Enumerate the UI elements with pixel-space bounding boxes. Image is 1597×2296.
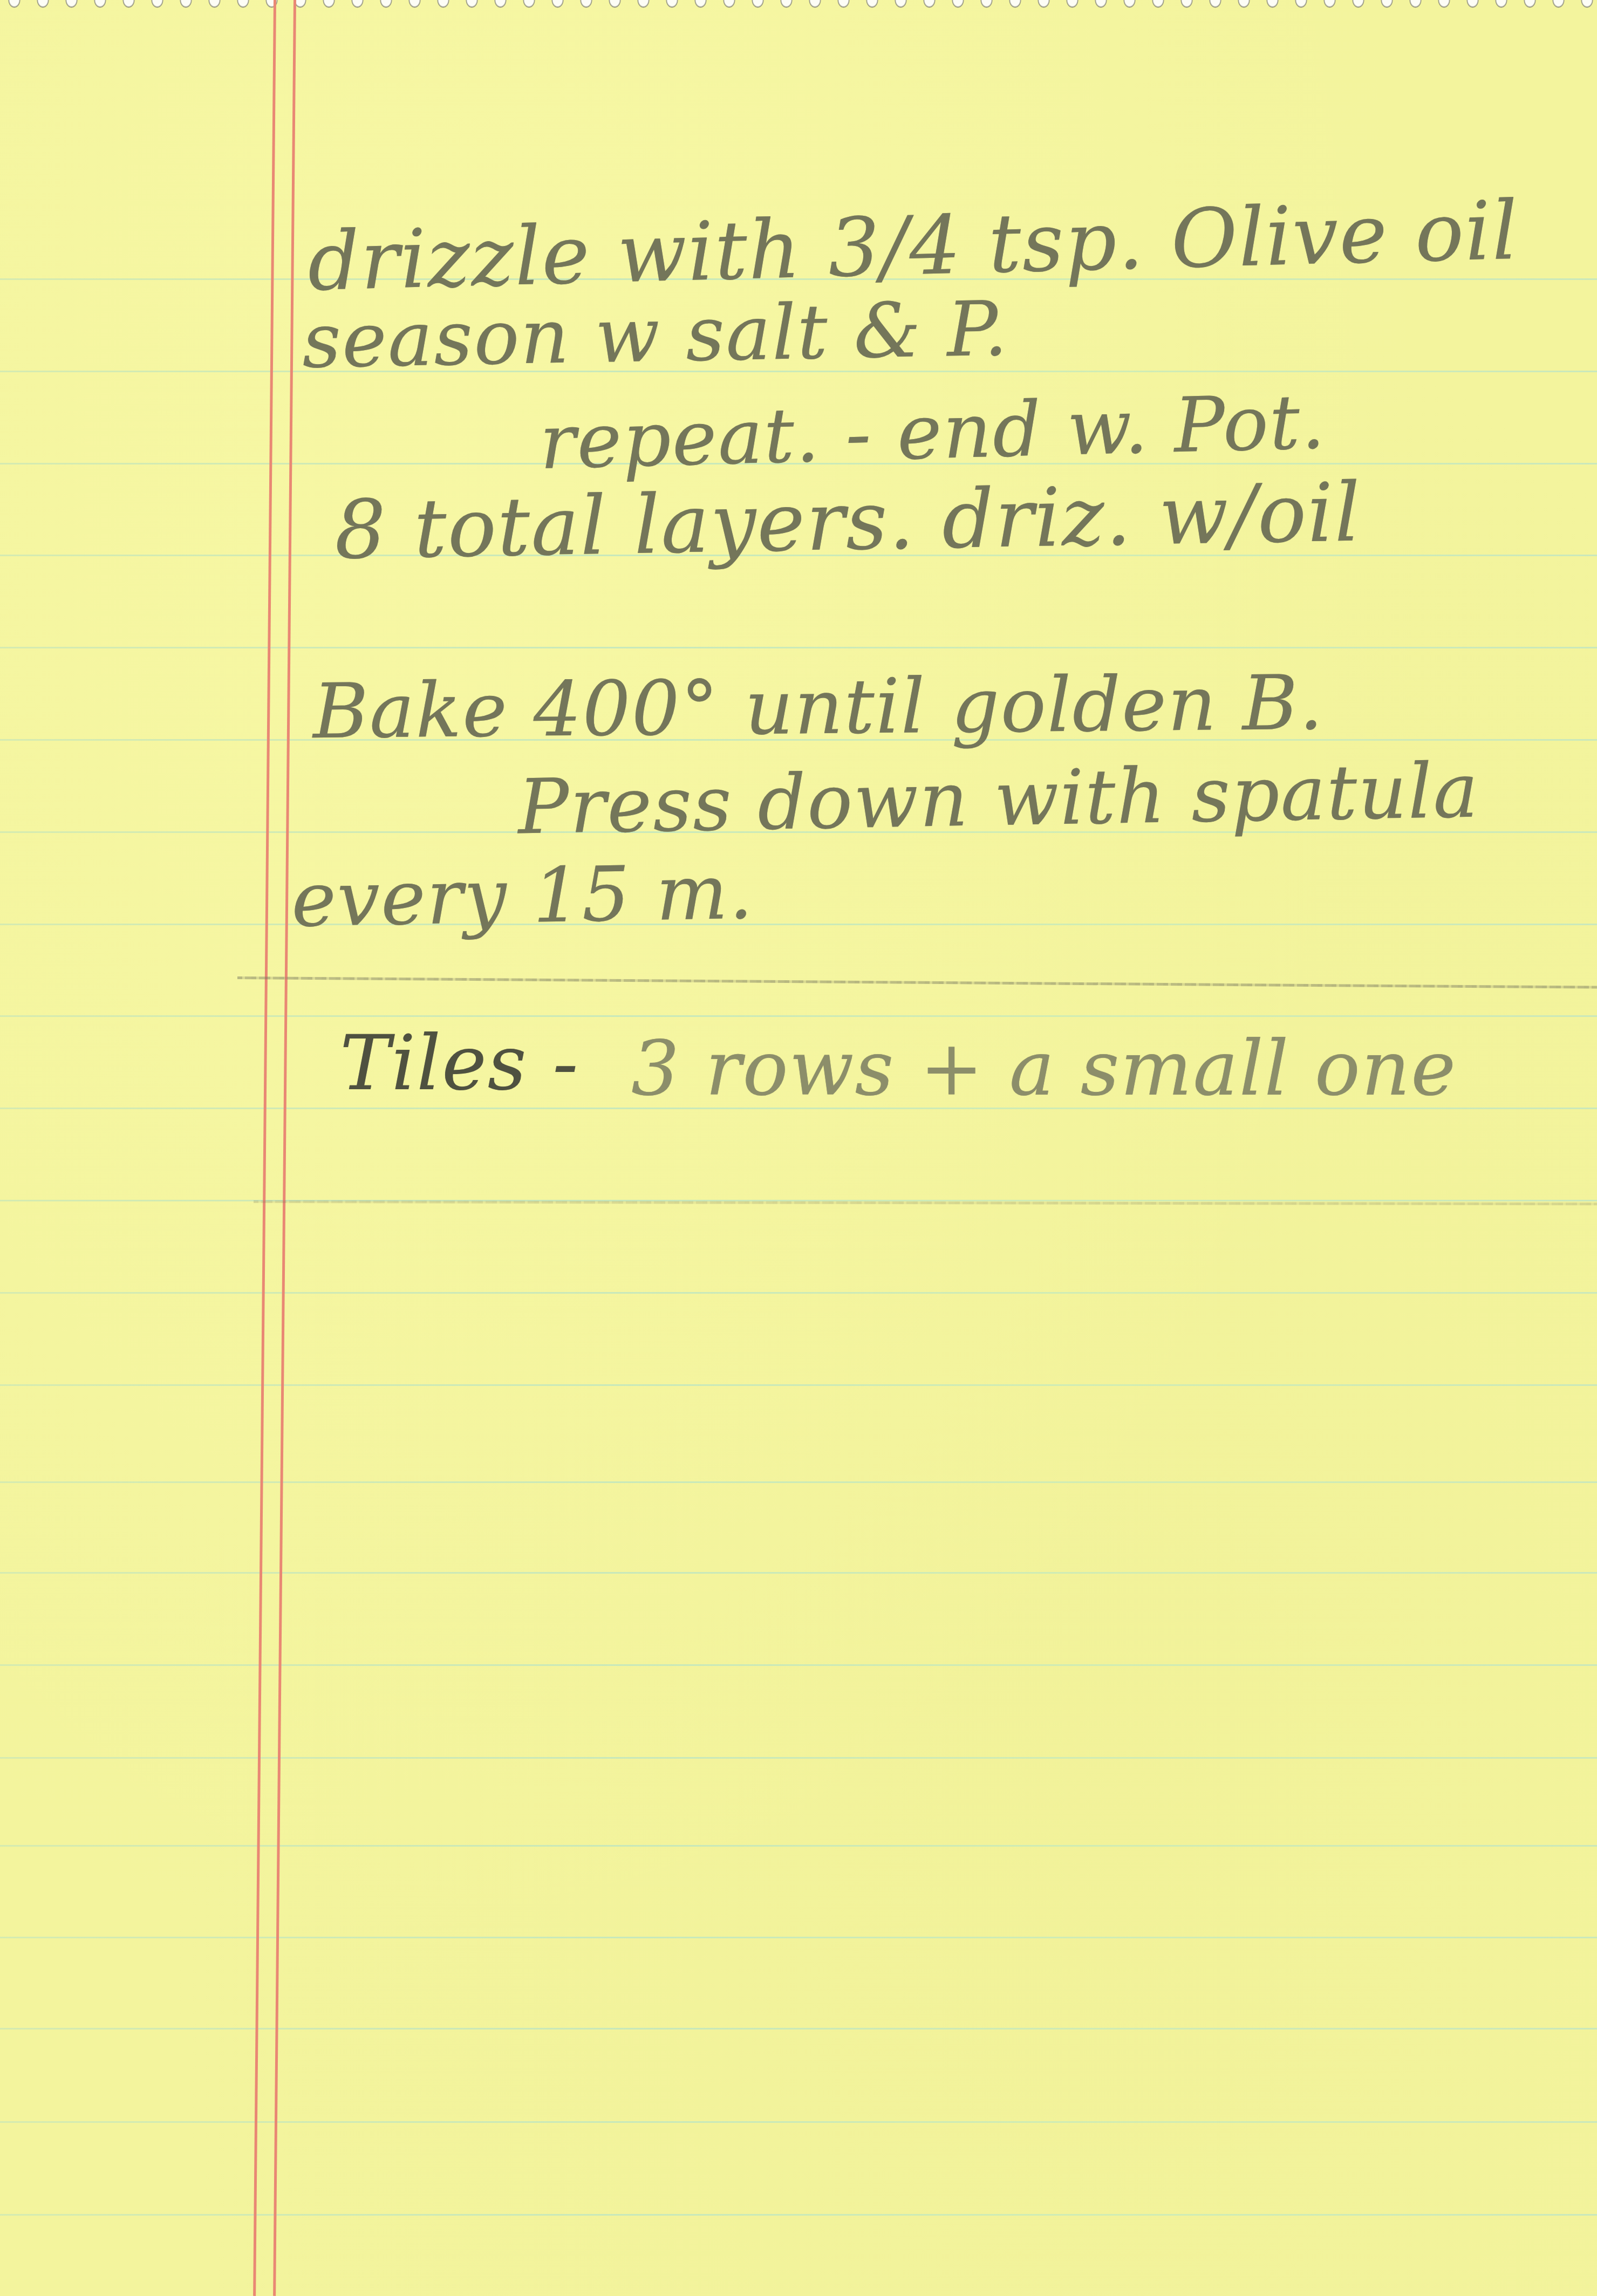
rule-line: [0, 2214, 1597, 2216]
note-line-6: Press down with spatula: [517, 747, 1480, 851]
rule-line: [0, 924, 1597, 925]
note-line-4: 8 total layers. driz. w/oil: [334, 466, 1362, 577]
tiles-note: 3 rows + a small one: [631, 1025, 1457, 1113]
tiles-label: Tiles -: [340, 1020, 579, 1108]
rule-line: [0, 2028, 1597, 2029]
rule-line: [0, 1845, 1597, 1847]
pencil-separator-line: [237, 976, 1597, 989]
rule-line: [0, 1292, 1597, 1294]
rule-line: [0, 1384, 1597, 1386]
margin-line-left: [253, 0, 276, 2296]
rule-line: [0, 1481, 1597, 1483]
rule-line: [0, 647, 1597, 648]
margin-line-right: [273, 0, 296, 2296]
rule-line: [0, 1572, 1597, 1574]
rule-line: [0, 1015, 1597, 1017]
note-line-2: season w salt & P.: [302, 285, 1009, 386]
perforated-top-edge: [0, 0, 1597, 12]
rule-line: [0, 1664, 1597, 1666]
note-line-5: Bake 400° until golden B.: [312, 659, 1324, 756]
rule-line: [0, 1757, 1597, 1759]
rule-line: [0, 2121, 1597, 2123]
legal-pad-page: drizzle with 3/4 tsp. Olive oil season w…: [0, 0, 1597, 2296]
rule-line: [0, 1937, 1597, 1938]
note-line-7: every 15 m.: [291, 849, 755, 945]
